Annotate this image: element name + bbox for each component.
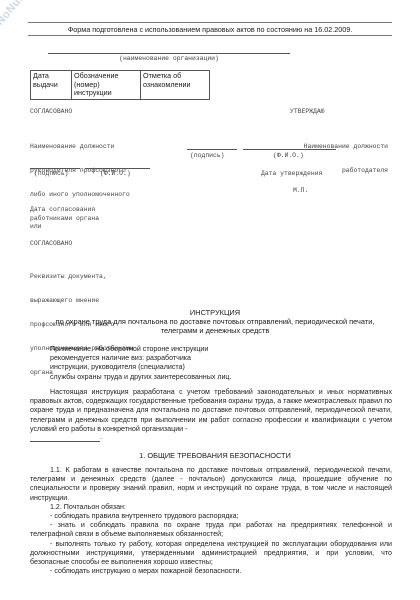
agree-date: Дата согласования xyxy=(30,206,95,214)
clause-1-2: 1.2. Почтальон обязан: xyxy=(30,503,392,512)
watermark: NoNumber.ru xyxy=(0,0,52,28)
union-position: Наименование должности руководителя проф… xyxy=(30,127,130,231)
right-sign-line xyxy=(187,149,237,150)
approve-date: Дата утверждения xyxy=(261,170,322,178)
clause-item: - соблюдать правила внутреннего трудовог… xyxy=(30,512,392,521)
right-fio-line xyxy=(243,149,336,150)
header-top-rule xyxy=(28,22,392,23)
agreed-label: СОГЛАСОВАНО xyxy=(30,108,72,116)
clause-item: - соблюдать инструкцию о мерах пожарной … xyxy=(30,567,392,576)
section-1-heading: 1. ОБЩИЕ ТРЕБОВАНИЯ БЕЗОПАСНОСТИ xyxy=(20,451,410,460)
approve-label: УТВЕРЖДАЮ xyxy=(290,108,325,116)
stamp-label: М.П. xyxy=(293,187,308,195)
intro-tail: . xyxy=(100,433,102,442)
right-sign-caption: (подпись) xyxy=(190,152,225,160)
agreed-label-2: СОГЛАСОВАНО xyxy=(30,240,72,248)
org-caption: (наименование организации) xyxy=(48,55,290,63)
org-name-line xyxy=(48,53,290,54)
right-fio-caption: (Ф.И.О.) xyxy=(273,152,304,160)
issue-col-number: Обозначение (номер) инструкции xyxy=(72,71,141,100)
title-sub-2: телеграмм и денежных средств xyxy=(20,326,410,335)
issue-col-date: Дата выдачи xyxy=(31,71,72,100)
title-sub-1: по охране труда для почтальона по достав… xyxy=(20,317,410,326)
header-bottom-rule xyxy=(28,35,392,36)
left-sign-line xyxy=(30,168,80,169)
intro-paragraph: Настоящая инструкция разработана с учето… xyxy=(30,388,392,434)
section-1-body: 1.1. К работам в качестве почтальона по … xyxy=(30,466,392,576)
clause-item: - выполнять только ту работу, которая оп… xyxy=(30,540,392,568)
left-sign-caption: (подпись) xyxy=(34,170,69,178)
org-blank-line xyxy=(30,441,100,442)
issue-col-ack: Отметка об ознакомлении xyxy=(141,71,210,100)
clause-1-1: 1.1. К работам в качестве почтальона по … xyxy=(30,466,392,503)
or-label: или xyxy=(30,223,42,231)
note-block: Примечание. На оборотной стороне инструк… xyxy=(50,345,310,382)
issue-table: Дата выдачи Обозначение (номер) инструкц… xyxy=(30,70,210,100)
left-fio-caption: (Ф.И.О.) xyxy=(100,170,131,178)
clause-item: - знать и соблюдать правила по охране тр… xyxy=(30,521,392,539)
left-fio-line xyxy=(85,168,150,169)
header-note: Форма подготовлена с использованием прав… xyxy=(28,25,392,34)
title-main: ИНСТРУКЦИЯ xyxy=(20,308,410,317)
document-title: ИНСТРУКЦИЯ по охране труда для почтальон… xyxy=(20,308,410,335)
